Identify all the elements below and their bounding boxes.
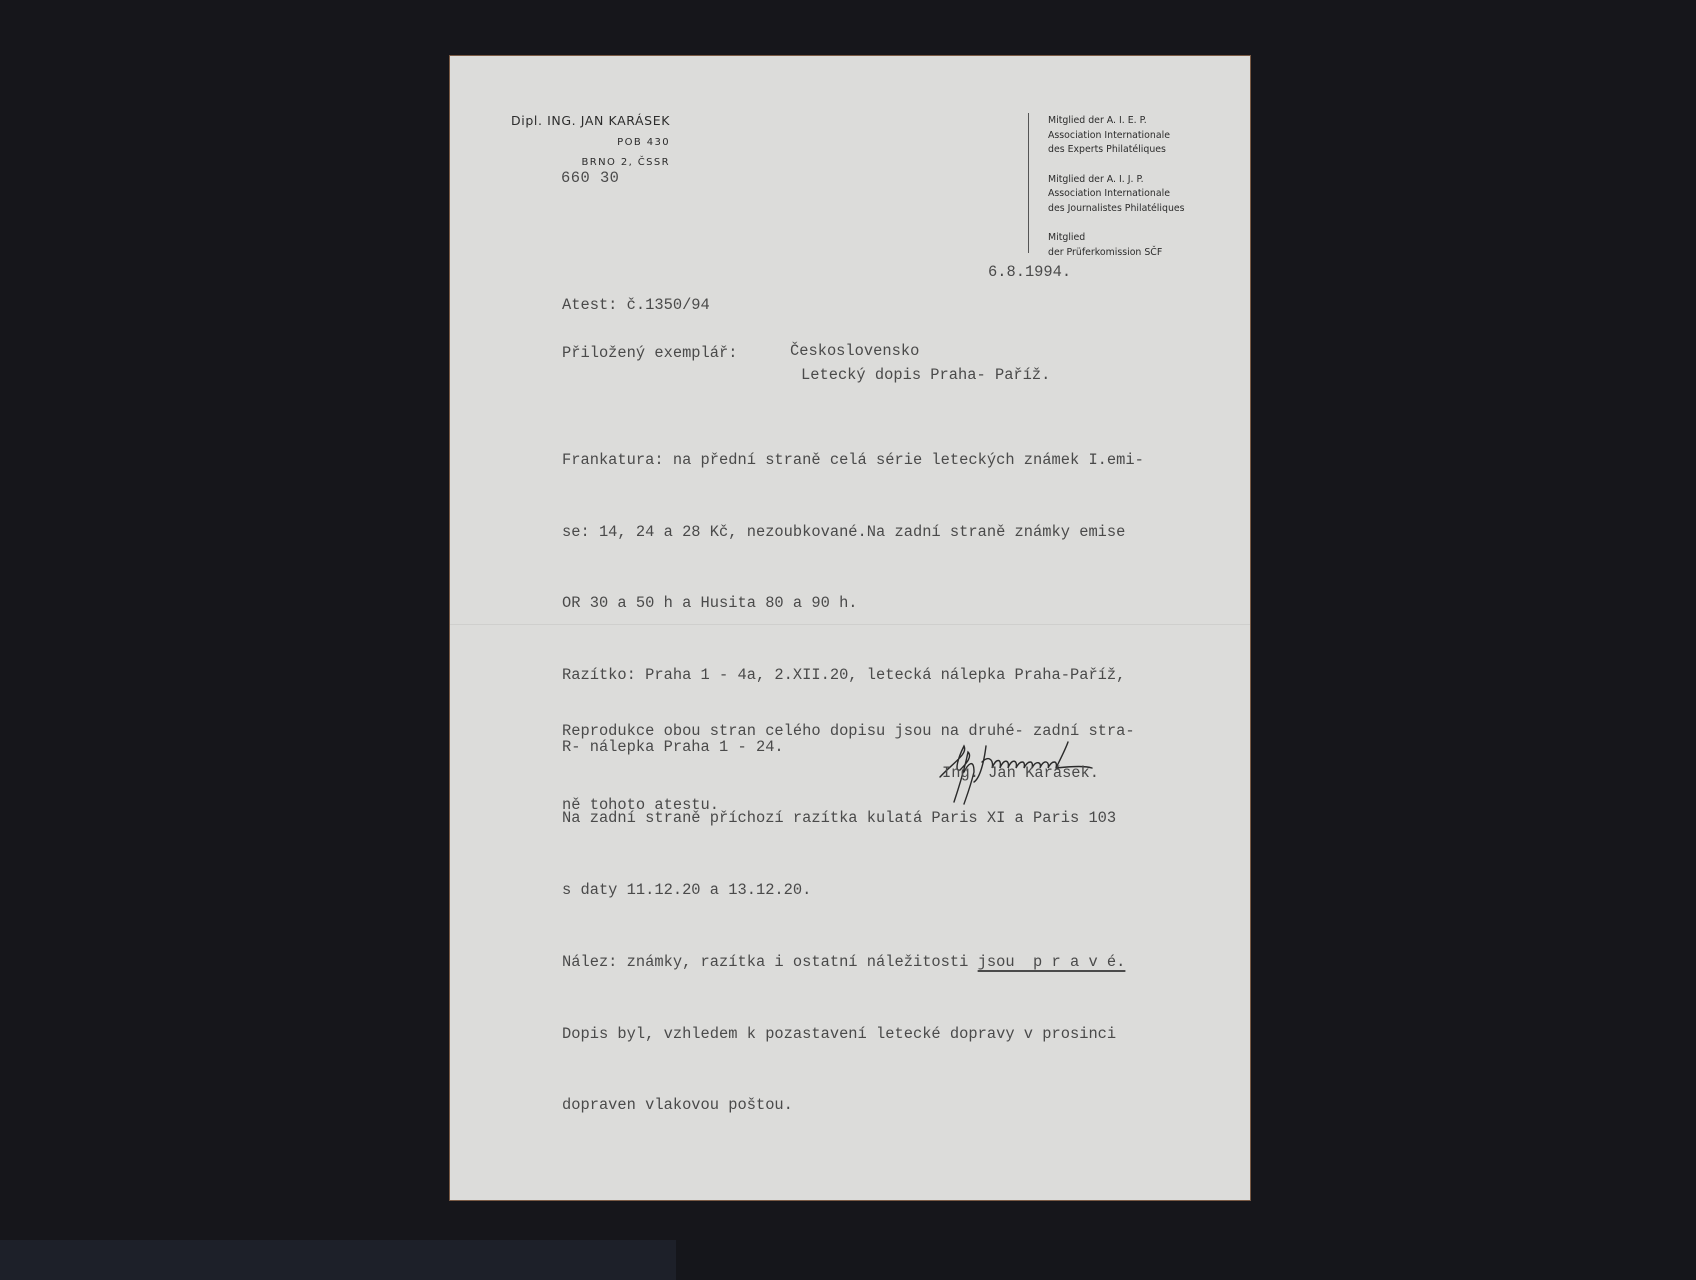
membership-scf: Mitglied der Prüferkomission SČF — [1048, 231, 1248, 260]
enclosed-country: Československo — [790, 342, 919, 360]
table-surface — [0, 1240, 1696, 1280]
attest-document: Dipl. ING. JAN KARÁSEK POB 430 BRNO 2, Č… — [450, 56, 1250, 1200]
membership-aiep: Mitglied der A. I. E. P. Association Int… — [1048, 114, 1248, 158]
enclosed-label: Přiložený exemplář: — [562, 344, 737, 362]
finding-prefix: Nález: známky, razítka i ostatní náležit… — [562, 953, 978, 971]
surface-panel-right — [676, 1240, 1696, 1280]
surface-panel-left — [0, 1240, 680, 1280]
letterhead-memberships: Mitglied der A. I. E. P. Association Int… — [1048, 114, 1248, 275]
letterhead-divider — [1028, 113, 1029, 253]
note-line: Dopis byl, vzhledem k pozastavení leteck… — [562, 1023, 1144, 1047]
membership-line: der Prüferkomission SČF — [1048, 246, 1248, 261]
sender-city: BRNO 2, ČSSR — [510, 157, 670, 168]
body-line: se: 14, 24 a 28 Kč, nezoubkované.Na zadn… — [562, 521, 1144, 545]
sender-pob: POB 430 — [510, 137, 670, 148]
signatory-name: Ing. Jan Karásek. — [942, 764, 1099, 782]
membership-line: Mitglied der A. I. E. P. — [1048, 114, 1248, 129]
letterhead-sender: Dipl. ING. JAN KARÁSEK POB 430 BRNO 2, Č… — [510, 113, 670, 168]
attest-number: Atest: č.1350/94 — [562, 296, 710, 314]
sender-zip: 660 30 — [561, 169, 619, 187]
membership-line: Mitglied — [1048, 231, 1248, 246]
membership-line: des Journalistes Philatéliques — [1048, 202, 1248, 217]
membership-line: Association Internationale — [1048, 187, 1248, 202]
membership-line: Mitglied der A. I. J. P. — [1048, 173, 1248, 188]
letter-date: 6.8.1994. — [988, 263, 1071, 281]
membership-line: des Experts Philatéliques — [1048, 143, 1248, 158]
enclosed-item: Letecký dopis Praha- Paříž. — [801, 366, 1050, 384]
membership-line: Association Internationale — [1048, 129, 1248, 144]
body-line: s daty 11.12.20 a 13.12.20. — [562, 879, 1144, 903]
finding-verdict: jsou p r a v é. — [978, 953, 1126, 971]
sender-name: Dipl. ING. JAN KARÁSEK — [510, 113, 670, 128]
body-line: Frankatura: na přední straně celá série … — [562, 449, 1144, 473]
finding-line: Nález: známky, razítka i ostatní náležit… — [562, 951, 1144, 975]
membership-aijp: Mitglied der A. I. J. P. Association Int… — [1048, 173, 1248, 217]
note-line: dopraven vlakovou poštou. — [562, 1094, 1144, 1118]
body-line: OR 30 a 50 h a Husita 80 a 90 h. — [562, 592, 1144, 616]
